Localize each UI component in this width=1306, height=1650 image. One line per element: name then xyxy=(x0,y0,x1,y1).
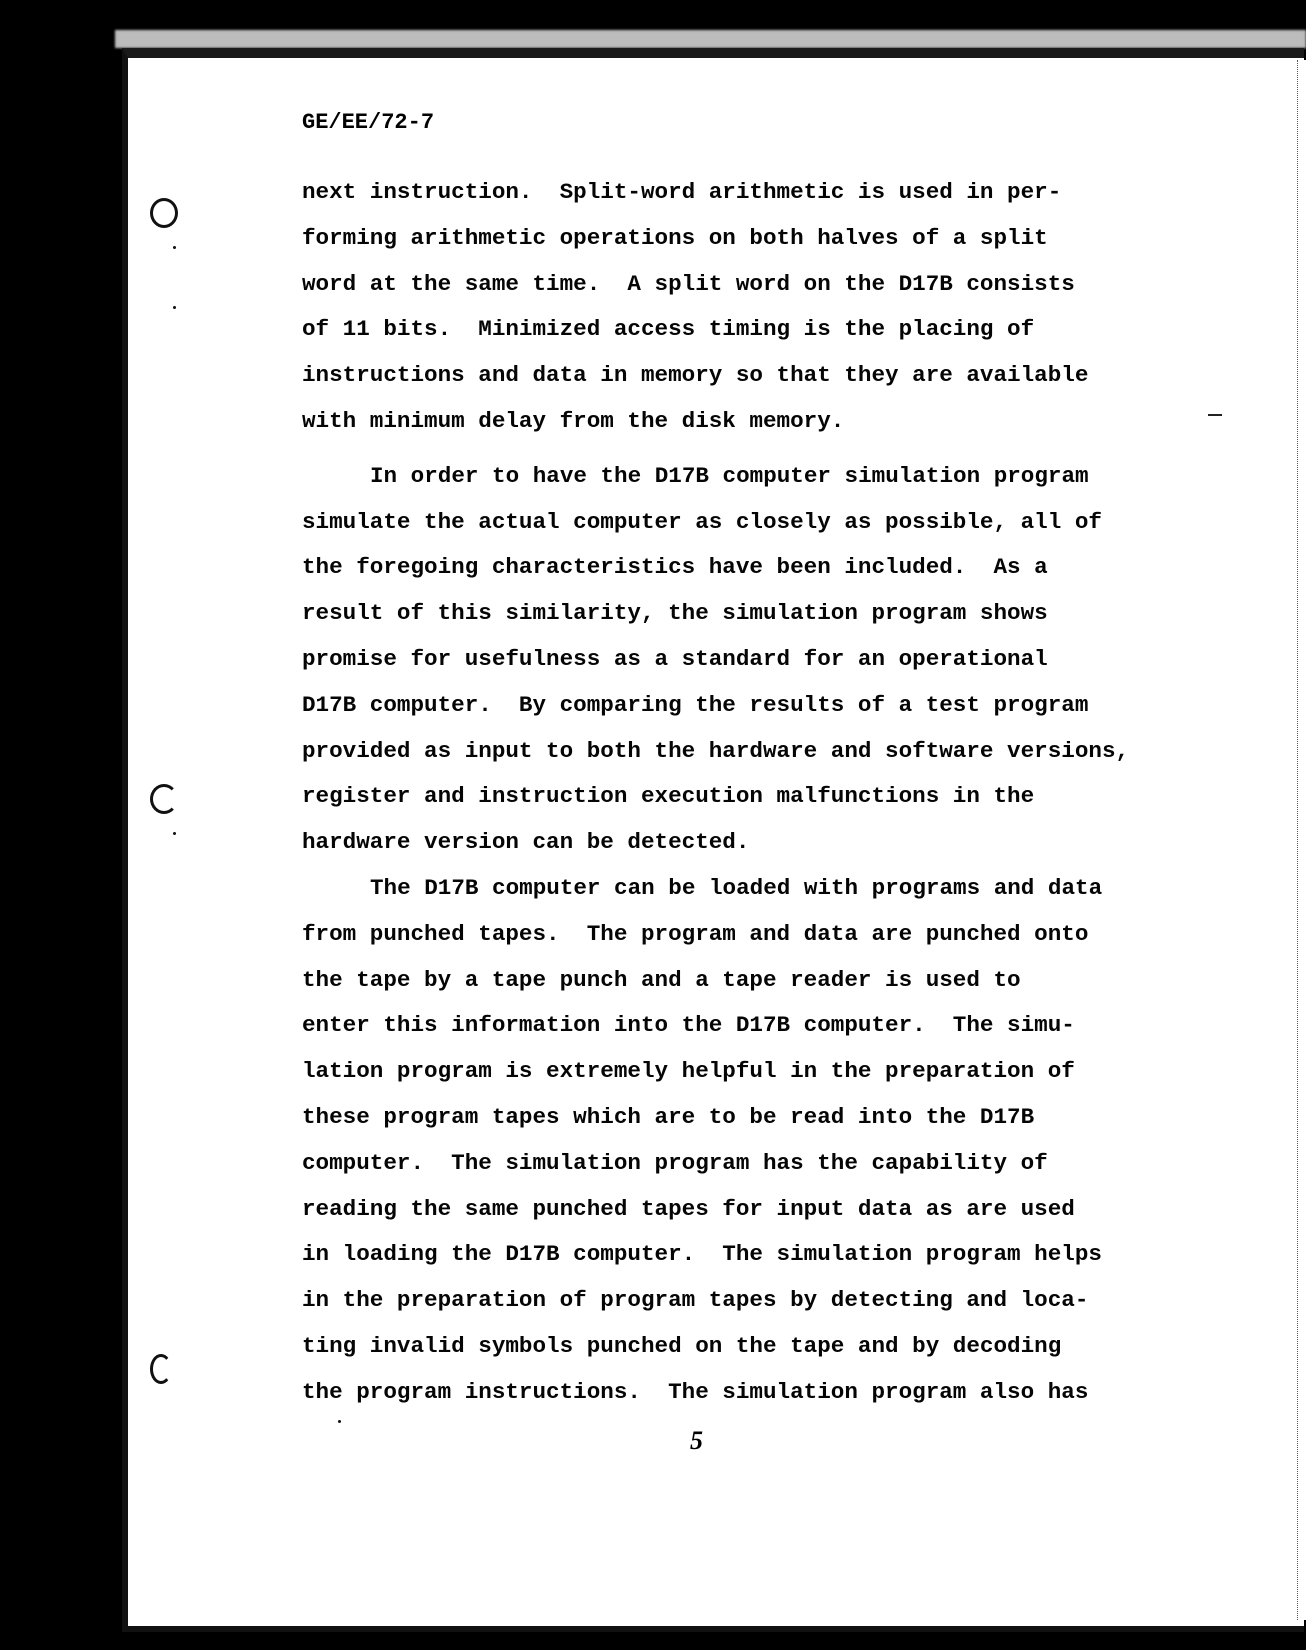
text-line: In order to have the D17B computer simul… xyxy=(302,454,1162,500)
text-line: D17B computer. By comparing the results … xyxy=(302,683,1162,729)
text-line: provided as input to both the hardware a… xyxy=(302,729,1162,775)
text-line: the foregoing characteristics have been … xyxy=(302,545,1162,591)
binder-hole-top-icon xyxy=(150,198,178,228)
paragraph-2: In order to have the D17B computer simul… xyxy=(302,454,1162,866)
text-line: with minimum delay from the disk memory. xyxy=(302,399,1162,445)
text-line: result of this similarity, the simulatio… xyxy=(302,591,1162,637)
text-line: lation program is extremely helpful in t… xyxy=(302,1049,1162,1095)
text-line: instructions and data in memory so that … xyxy=(302,353,1162,399)
body-text: next instruction. Split-word arithmetic … xyxy=(302,170,1162,1416)
scan-speck xyxy=(173,306,176,309)
text-line: promise for usefulness as a standard for… xyxy=(302,637,1162,683)
text-line: word at the same time. A split word on t… xyxy=(302,262,1162,308)
document-id: GE/EE/72-7 xyxy=(302,110,434,135)
text-line: reading the same punched tapes for input… xyxy=(302,1187,1162,1233)
binder-hole-bottom-icon xyxy=(150,1354,172,1384)
text-line: ting invalid symbols punched on the tape… xyxy=(302,1324,1162,1370)
text-line: in loading the D17B computer. The simula… xyxy=(302,1232,1162,1278)
scan-speck xyxy=(338,1420,341,1423)
text-line: simulate the actual computer as closely … xyxy=(302,500,1162,546)
paragraph-1: next instruction. Split-word arithmetic … xyxy=(302,170,1162,445)
text-line: enter this information into the D17B com… xyxy=(302,1003,1162,1049)
text-line: hardware version can be detected. xyxy=(302,820,1162,866)
text-line: next instruction. Split-word arithmetic … xyxy=(302,170,1162,216)
scan-mark xyxy=(1208,414,1222,416)
paragraph-3: The D17B computer can be loaded with pro… xyxy=(302,866,1162,1416)
scan-right-edge xyxy=(1297,60,1306,1620)
text-line: from punched tapes. The program and data… xyxy=(302,912,1162,958)
document-page: GE/EE/72-7 next instruction. Split-word … xyxy=(122,48,1304,1632)
text-line: the program instructions. The simulation… xyxy=(302,1370,1162,1416)
text-line: forming arithmetic operations on both ha… xyxy=(302,216,1162,262)
text-line: of 11 bits. Minimized access timing is t… xyxy=(302,307,1162,353)
binder-hole-middle-icon xyxy=(150,784,178,814)
scan-top-edge-artifact xyxy=(115,30,1306,48)
scan-speck xyxy=(173,246,176,249)
page-number: 5 xyxy=(690,1426,703,1456)
text-line: The D17B computer can be loaded with pro… xyxy=(302,866,1162,912)
text-line: these program tapes which are to be read… xyxy=(302,1095,1162,1141)
text-line: in the preparation of program tapes by d… xyxy=(302,1278,1162,1324)
text-line: computer. The simulation program has the… xyxy=(302,1141,1162,1187)
text-line: the tape by a tape punch and a tape read… xyxy=(302,958,1162,1004)
scan-speck xyxy=(173,832,176,835)
text-line: register and instruction execution malfu… xyxy=(302,774,1162,820)
